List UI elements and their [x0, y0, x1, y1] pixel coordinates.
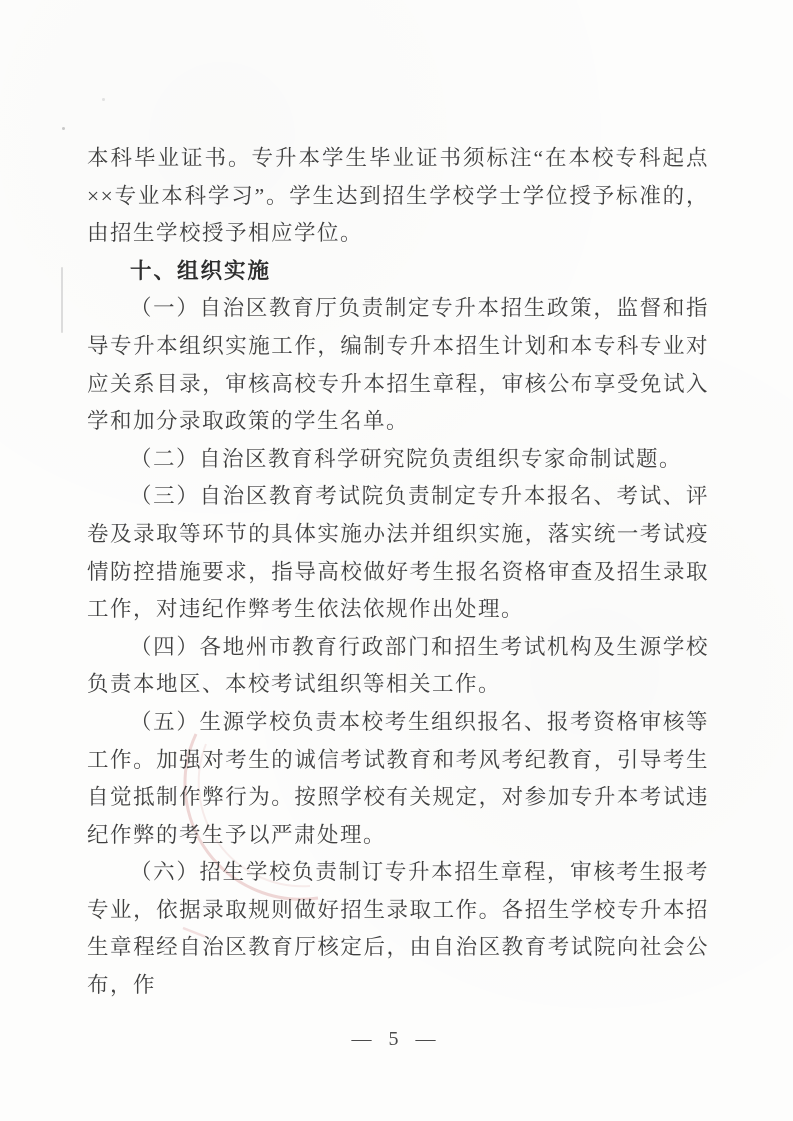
- paragraph: （三）自治区教育考试院负责制定专升本报名、考试、评卷及录取等环节的具体实施办法并…: [87, 478, 709, 628]
- paragraph: （二）自治区教育科学研究院负责组织专家命制试题。: [87, 441, 709, 479]
- page-number: — 5 —: [0, 1028, 793, 1051]
- paragraph: （六）招生学校负责制订专升本招生章程，审核考生报考专业，依据录取规则做好招生录取…: [87, 854, 709, 1004]
- section-heading: 十、组织实施: [87, 253, 709, 291]
- paragraph: （五）生源学校负责本校考生组织报名、报考资格审核等工作。加强对考生的诚信考试教育…: [87, 704, 709, 854]
- scan-speck: [102, 98, 105, 101]
- scanned-document-page: 本科毕业证书。专升本学生毕业证书须标注“在本校专科起点××专业本科学习”。学生达…: [0, 0, 793, 1121]
- paragraph: 本科毕业证书。专升本学生毕业证书须标注“在本校专科起点××专业本科学习”。学生达…: [87, 140, 709, 253]
- scan-speck: [62, 127, 65, 130]
- paragraph: （一）自治区教育厅负责制定专升本招生政策，监督和指导专升本组织实施工作，编制专升…: [87, 290, 709, 440]
- document-body: 本科毕业证书。专升本学生毕业证书须标注“在本校专科起点××专业本科学习”。学生达…: [87, 140, 709, 1005]
- paragraph: （四）各地州市教育行政部门和招生考试机构及生源学校负责本地区、本校考试组织等相关…: [87, 629, 709, 704]
- scan-edge-streak: [61, 267, 63, 333]
